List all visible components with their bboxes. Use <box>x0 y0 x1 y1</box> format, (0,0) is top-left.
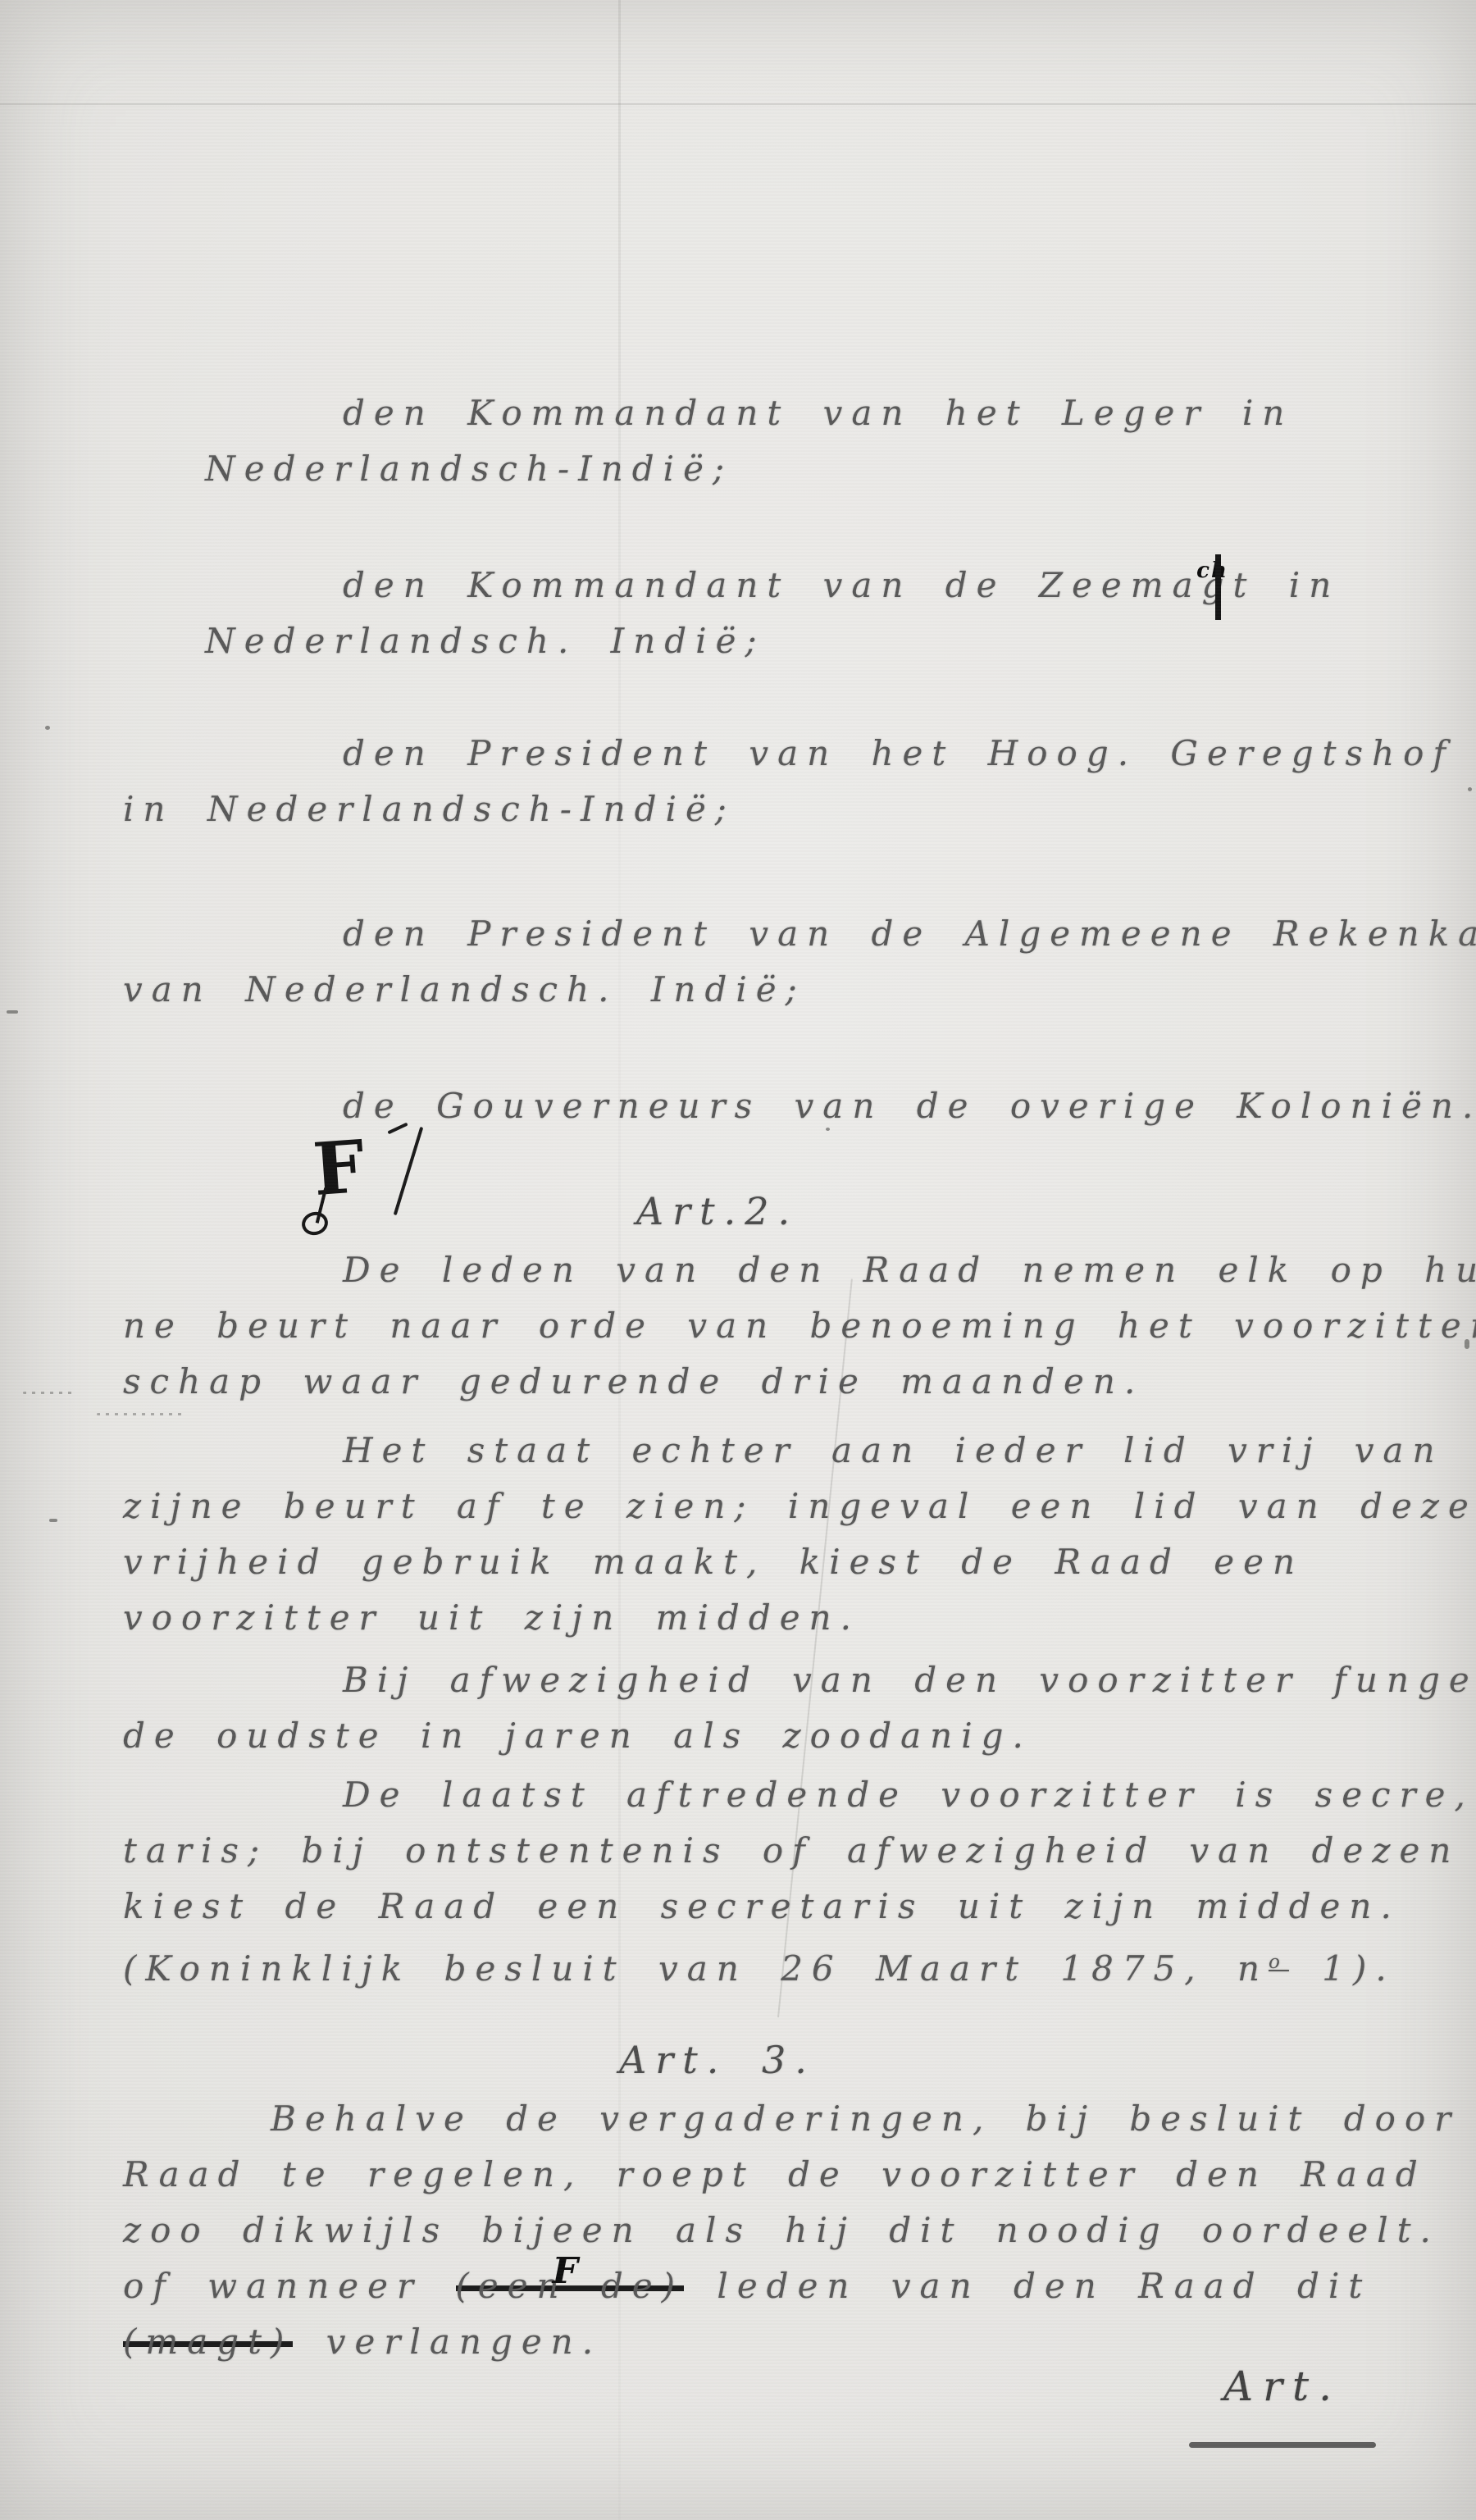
manuscript-line: Raad te regelen, roept de voorzitter den… <box>123 2147 1471 2203</box>
text-segment: den Kommandant van de Zeema <box>343 565 1202 605</box>
text-segment: kiest de Raad een secretaris uit zijn mi… <box>123 1886 1401 1926</box>
manuscript-line: kiest de Raad een secretaris uit zijn mi… <box>123 1879 1471 1934</box>
text-segment: zijne beurt af te zien; ingeval een lid … <box>123 1486 1476 1526</box>
manuscript-line: Het staat echter aan ieder lid vrij van <box>123 1423 1471 1479</box>
text-segment: voorzitter uit zijn midden. <box>123 1597 860 1638</box>
text-segment: of wanneer <box>123 2266 455 2306</box>
manuscript-line: den President van de Algemeene Rekenkame… <box>123 906 1471 962</box>
manuscript-line: den President van het Hoog. Geregtshof <box>123 726 1471 782</box>
text-block-paragraph: Bij afwezigheid van den voorzitter funge… <box>123 1652 1471 1764</box>
text-segment-struck: (magt) <box>123 2322 293 2362</box>
manuscript-line: (Koninklijk besluit van 26 Maart 1875, n… <box>123 1934 1471 1997</box>
text-segment: Behalve de vergaderingen, bij besluit do… <box>271 2098 1476 2139</box>
text-block-heading: Art. 3. <box>123 2030 1471 2091</box>
ink-speck <box>49 1519 57 1522</box>
text-block-paragraph: De leden van den Raad nemen elk op hun,n… <box>123 1242 1471 1410</box>
text-segment: Nederlandsch. Indië; <box>205 621 766 661</box>
correction-overlay: ch <box>1196 543 1228 599</box>
manuscript-line: vrijheid gebruik maakt, kiest de Raad ee… <box>123 1534 1471 1590</box>
manuscript-line: Behalve de vergaderingen, bij besluit do… <box>123 2091 1471 2147</box>
text-segment: den President van de Algemeene Rekenkame… <box>343 914 1476 954</box>
text-segment: den President van het Hoog. Geregtshof <box>343 733 1455 773</box>
text-segment: vrijheid gebruik maakt, kiest de Raad ee… <box>123 1542 1304 1582</box>
manuscript-line: van Nederlandsch. Indië; <box>123 962 1471 1018</box>
text-block-paragraph: Het staat echter aan ieder lid vrij vanz… <box>123 1423 1471 1646</box>
text-block-heading: Art.2. <box>123 1181 1471 1242</box>
manuscript-line: zijne beurt af te zien; ingeval een lid … <box>123 1479 1471 1534</box>
text-segment: Art. 3. <box>619 2038 816 2082</box>
text-block-list-item: den President van het Hoog. Geregtshofin… <box>123 726 1471 837</box>
text-segment-struck: (een de)F <box>455 2266 684 2306</box>
scan-line-artifact <box>0 103 1476 105</box>
text-segment: t in <box>1233 565 1341 605</box>
text-segment: Het staat echter aan ieder lid vrij van <box>343 1430 1444 1470</box>
text-segment: zoo dikwijls bijeen als hij dit noodig o… <box>123 2210 1440 2250</box>
manuscript-line: Nederlandsch-Indië; <box>123 441 1471 497</box>
text-segment: schap waar gedurende drie maanden. <box>123 1361 1144 1401</box>
catchword-underline <box>1189 2442 1376 2448</box>
ink-speck <box>45 726 50 730</box>
correction-overlay: F <box>553 2244 587 2299</box>
manuscript-line: Art. 3. <box>123 2030 1312 2091</box>
text-segment: taris; bij ontstentenis of afwezigheid v… <box>123 1830 1460 1871</box>
text-segment: Bij afwezigheid van den voorzitter funge… <box>343 1660 1476 1700</box>
manuscript-line: ne beurt naar orde van benoeming het voo… <box>123 1298 1471 1354</box>
manuscript-line: De leden van den Raad nemen elk op hun, <box>123 1242 1471 1298</box>
manuscript-line: de oudste in jaren als zoodanig. <box>123 1708 1471 1764</box>
manuscript-line: in Nederlandsch-Indië; <box>123 782 1471 837</box>
ink-speck <box>7 1010 18 1014</box>
text-segment: de Gouverneurs van de overige Koloniën. <box>343 1086 1476 1126</box>
text-segment: (Koninklijk besluit van 26 Maart 1875, n <box>123 1948 1269 1989</box>
text-segment-struck-vertical: gch <box>1202 565 1233 605</box>
text-block-list-item: den Kommandant van het Leger inNederland… <box>123 385 1471 497</box>
manuscript-line: den Kommandant van de Zeemagcht in <box>123 558 1471 613</box>
manuscript-line: de Gouverneurs van de overige Koloniën. <box>123 1078 1471 1134</box>
text-segment: De laatst aftredende voorzitter is secre… <box>343 1775 1474 1815</box>
text-segment: De leden van den Raad nemen elk op hun, <box>343 1250 1476 1290</box>
manuscript-line: taris; bij ontstentenis of afwezigheid v… <box>123 1823 1471 1879</box>
text-segment: in Nederlandsch-Indië; <box>123 789 736 829</box>
text-block-list-item: de Gouverneurs van de overige Koloniën. <box>123 1078 1471 1134</box>
manuscript: den Kommandant van het Leger inNederland… <box>123 385 1471 2370</box>
ink-speck <box>23 1392 75 1394</box>
manuscript-line: voorzitter uit zijn midden. <box>123 1590 1471 1646</box>
manuscript-line: den Kommandant van het Leger in <box>123 385 1471 441</box>
text-segment: leden van den Raad dit <box>684 2266 1371 2306</box>
text-segment: den Kommandant van het Leger in <box>343 393 1293 433</box>
text-segment: ne beurt naar orde van benoeming het voo… <box>123 1306 1476 1346</box>
text-segment: van Nederlandsch. Indië; <box>123 969 806 1009</box>
text-block-paragraph: Behalve de vergaderingen, bij besluit do… <box>123 2091 1471 2370</box>
catchword: Art. <box>1168 2360 1397 2413</box>
text-block-list-item: den President van de Algemeene Rekenkame… <box>123 906 1471 1018</box>
manuscript-page: F den Kommandant van het Leger inNederla… <box>0 0 1476 2520</box>
manuscript-line: De laatst aftredende voorzitter is secre… <box>123 1767 1471 1823</box>
manuscript-line: zoo dikwijls bijeen als hij dit noodig o… <box>123 2203 1471 2258</box>
text-block-list-item: den Kommandant van de Zeemagcht inNederl… <box>123 558 1471 669</box>
manuscript-line: Art.2. <box>123 1181 1312 1242</box>
catchword-block: Art. <box>1168 2360 1397 2448</box>
text-segment: Raad te regelen, roept de voorzitter den… <box>123 2154 1427 2194</box>
text-segment: de oudste in jaren als zoodanig. <box>123 1716 1032 1756</box>
manuscript-line: Nederlandsch. Indië; <box>123 613 1471 669</box>
text-segment: Art.2. <box>636 1189 799 1233</box>
text-segment: 1). <box>1289 1948 1396 1989</box>
manuscript-line: of wanneer (een de)F leden van den Raad … <box>123 2258 1471 2314</box>
text-segment: verlangen. <box>293 2322 602 2362</box>
text-block-paragraph: De laatst aftredende voorzitter is secre… <box>123 1767 1471 1997</box>
text-segment-sup: o <box>1269 1952 1289 1973</box>
manuscript-line: Bij afwezigheid van den voorzitter funge… <box>123 1652 1471 1708</box>
manuscript-line: schap waar gedurende drie maanden. <box>123 1354 1471 1410</box>
text-segment: Nederlandsch-Indië; <box>205 449 733 489</box>
